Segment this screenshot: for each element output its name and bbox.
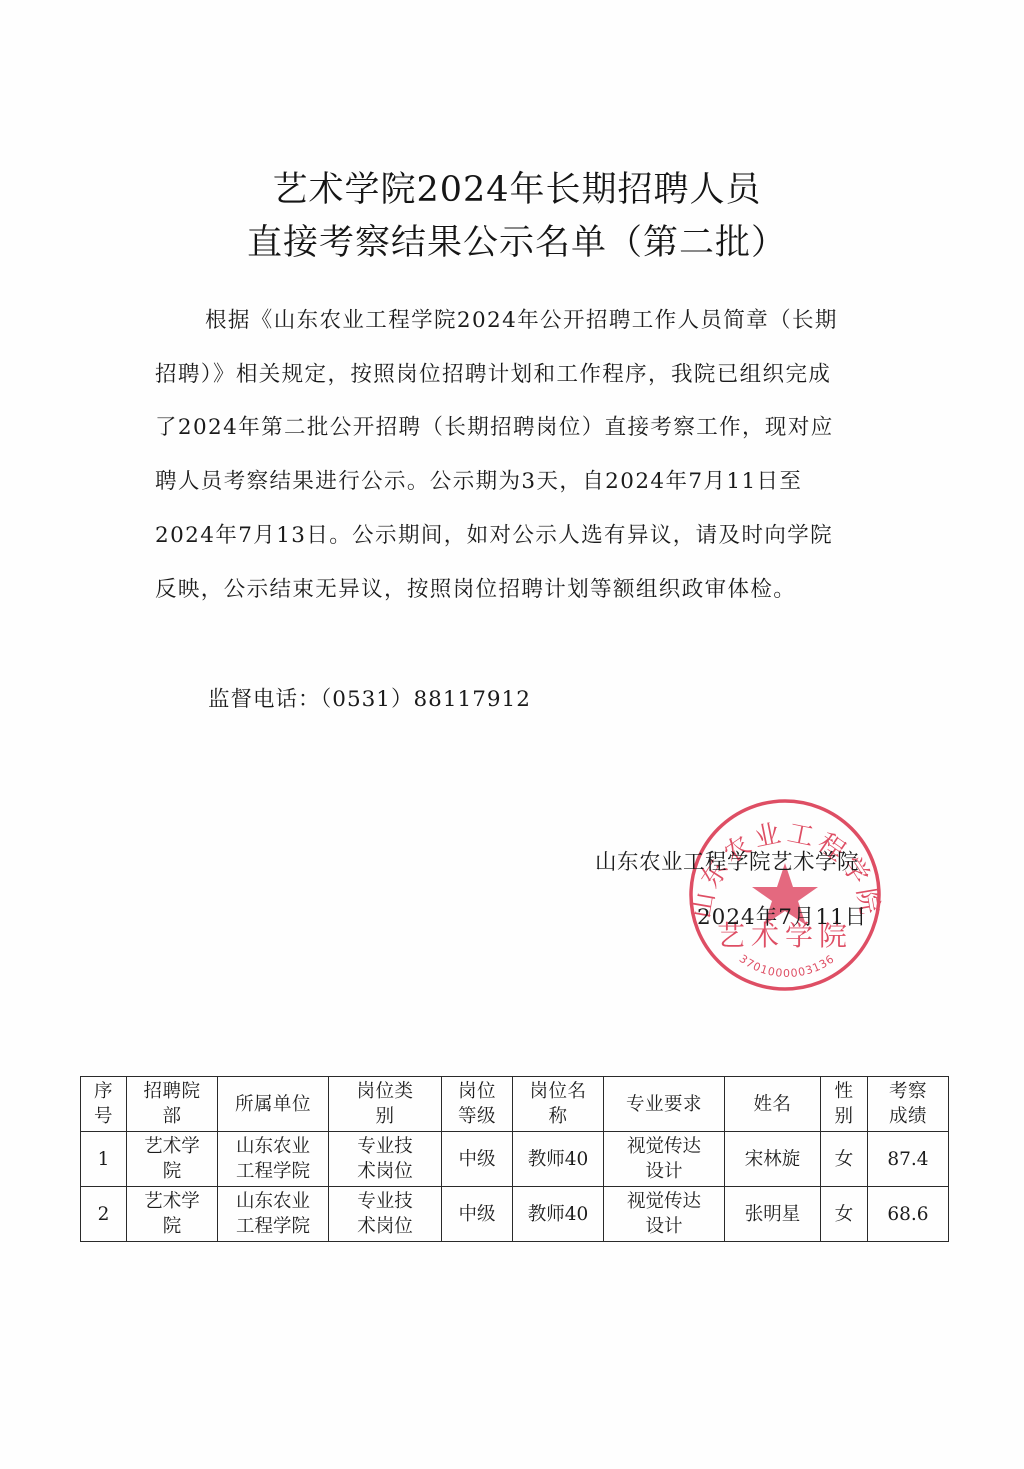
results-table: 序号 招聘院部 所属单位 岗位类别 岗位等级 岗位名称 专业要求 姓名 性别 考… — [80, 1076, 949, 1242]
cell-score: 68.6 — [868, 1187, 949, 1242]
cell-name: 张明星 — [725, 1187, 821, 1242]
signature-date: 2024年7月11日 — [697, 900, 867, 931]
cell-gender: 女 — [821, 1187, 868, 1242]
header-category: 岗位类别 — [329, 1077, 442, 1132]
cell-level: 中级 — [442, 1132, 513, 1187]
table-header-row: 序号 招聘院部 所属单位 岗位类别 岗位等级 岗位名称 专业要求 姓名 性别 考… — [81, 1077, 949, 1132]
cell-dept: 艺术学院 — [127, 1187, 218, 1242]
cell-gender: 女 — [821, 1132, 868, 1187]
cell-dept: 艺术学院 — [127, 1132, 218, 1187]
table-row: 1 艺术学院 山东农业工程学院 专业技术岗位 中级 教师40 视觉传达设计 宋林… — [81, 1132, 949, 1187]
supervision-phone: 监督电话：（0531）88117912 — [208, 682, 531, 713]
body-line: 聘人员考察结果进行公示。公示期为3天，自2024年7月11日至 — [155, 455, 890, 509]
cell-position: 教师40 — [513, 1132, 604, 1187]
body-line: 反映，公示结束无异议，按照岗位招聘计划等额组织政审体检。 — [155, 563, 890, 617]
cell-unit: 山东农业工程学院 — [218, 1132, 329, 1187]
supervision-phone-value: （0531）88117912 — [321, 687, 531, 712]
body-line: 2024年7月13日。公示期间，如对公示人选有异议，请及时向学院 — [155, 509, 890, 563]
table-row: 2 艺术学院 山东农业工程学院 专业技术岗位 中级 教师40 视觉传达设计 张明… — [81, 1187, 949, 1242]
seal-code-text: 3701000003136 — [737, 952, 837, 980]
body-line: 了2024年第二批公开招聘（长期招聘岗位）直接考察工作，现对应 — [155, 401, 890, 455]
cell-major: 视觉传达设计 — [604, 1132, 725, 1187]
header-gender: 性别 — [821, 1077, 868, 1132]
cell-name: 宋林旋 — [725, 1132, 821, 1187]
supervision-phone-label: 监督电话： — [208, 687, 321, 712]
cell-level: 中级 — [442, 1187, 513, 1242]
svg-text:3701000003136: 3701000003136 — [737, 952, 837, 980]
header-level: 岗位等级 — [442, 1077, 513, 1132]
header-unit: 所属单位 — [218, 1077, 329, 1132]
header-major: 专业要求 — [604, 1077, 725, 1132]
header-index: 序号 — [81, 1077, 127, 1132]
body-line: 招聘）》相关规定，按照岗位招聘计划和工作程序，我院已组织完成 — [155, 348, 890, 402]
document-title-line1: 艺术学院2024年长期招聘人员 — [5, 162, 1024, 212]
body-line: 根据《山东农业工程学院2024年公开招聘工作人员简章（长期 — [155, 294, 890, 348]
header-score: 考察成绩 — [868, 1077, 949, 1132]
header-position: 岗位名称 — [513, 1077, 604, 1132]
cell-unit: 山东农业工程学院 — [218, 1187, 329, 1242]
cell-index: 2 — [81, 1187, 127, 1242]
header-name: 姓名 — [725, 1077, 821, 1132]
document-page: 艺术学院2024年长期招聘人员 直接考察结果公示名单（第二批） 根据《山东农业工… — [0, 0, 1024, 1469]
document-title-line2: 直接考察结果公示名单（第二批） — [5, 215, 1024, 265]
cell-major: 视觉传达设计 — [604, 1187, 725, 1242]
cell-score: 87.4 — [868, 1132, 949, 1187]
cell-category: 专业技术岗位 — [329, 1132, 442, 1187]
signature-organization: 山东农业工程学院艺术学院 — [595, 845, 859, 876]
header-dept: 招聘院部 — [127, 1077, 218, 1132]
body-paragraph: 根据《山东农业工程学院2024年公开招聘工作人员简章（长期 招聘）》相关规定，按… — [155, 294, 890, 616]
official-seal-icon: 山东农业工程学院 艺术学院 3701000003136 — [682, 795, 887, 995]
cell-category: 专业技术岗位 — [329, 1187, 442, 1242]
cell-position: 教师40 — [513, 1187, 604, 1242]
cell-index: 1 — [81, 1132, 127, 1187]
